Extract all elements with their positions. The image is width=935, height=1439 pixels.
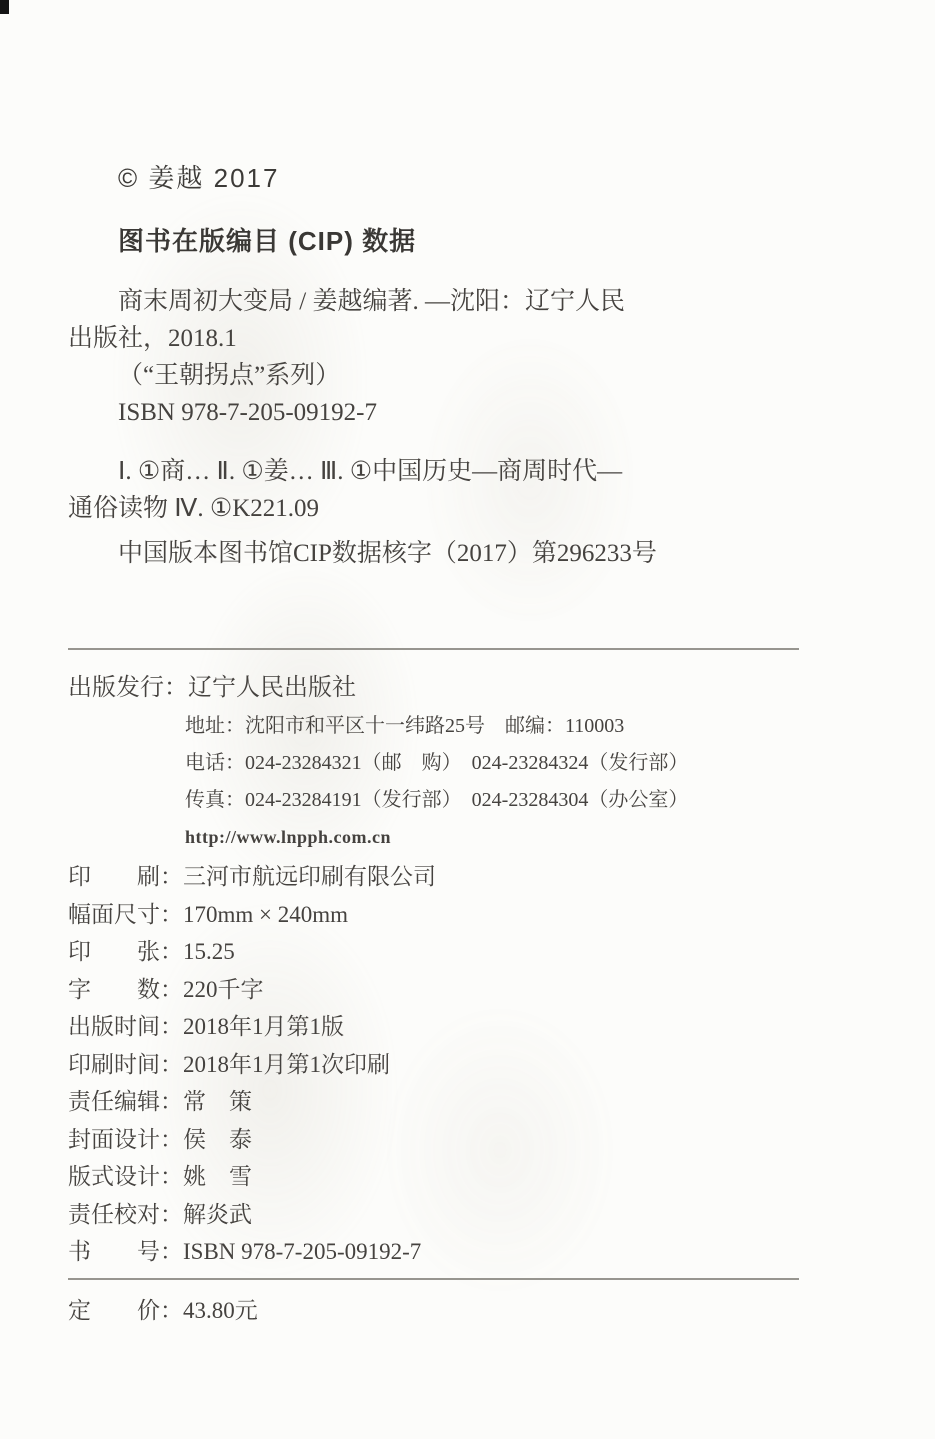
publisher-row: 出版发行：辽宁人民出版社 [68,669,810,708]
cip-classification-line2: 通俗读物 Ⅳ. ①K221.09 [68,490,810,527]
price-label: 定 价： [68,1298,183,1323]
book-number-value: ISBN 978-7-205-09192-7 [183,1239,421,1264]
print-date-label: 印刷时间： [68,1052,183,1077]
printer-label: 印 刷： [68,864,183,889]
publisher-fax: 传真：024-23284191（发行部） 024-23284304（办公室） [185,782,810,819]
book-number-label: 书 号： [68,1239,183,1264]
layout-design-value: 姚 雪 [183,1164,252,1189]
publisher-phone: 电话：024-23284321（邮 购） 024-23284324（发行部） [185,745,810,782]
copyright-notice: © 姜越 2017 [68,158,810,195]
publish-date-label: 出版时间： [68,1014,183,1039]
trim-size-row: 幅面尺寸：170mm × 240mm [68,896,810,934]
editor-row: 责任编辑：常 策 [68,1083,810,1121]
trim-size-value: 170mm × 240mm [183,902,348,927]
cip-classification: Ⅰ. ①商… Ⅱ. ①姜… Ⅲ. ①中国历史—商周时代— 通俗读物 Ⅳ. ①K2… [68,453,810,527]
proofreader-row: 责任校对：解炎武 [68,1196,810,1234]
cover-design-value: 侯 泰 [183,1127,252,1152]
word-count-row: 字 数：220千字 [68,971,810,1009]
colophon-rows: 印 刷：三河市航远印刷有限公司 幅面尺寸：170mm × 240mm 印 张：1… [68,858,810,1271]
proofreader-value: 解炎武 [183,1202,252,1227]
cip-data-heading: 图书在版编目 (CIP) 数据 [68,221,810,258]
page-content: © 姜越 2017 图书在版编目 (CIP) 数据 商末周初大变局 / 姜越编著… [68,0,810,1330]
cover-design-row: 封面设计：侯 泰 [68,1121,810,1159]
cip-registry-number: 中国版本图书馆CIP数据核字（2017）第296233号 [68,535,810,572]
cip-record-series-line: （“王朝拐点”系列） [68,357,810,394]
scan-artifact-corner [0,0,9,14]
book-number-row: 书 号：ISBN 978-7-205-09192-7 [68,1233,810,1271]
layout-design-label: 版式设计： [68,1164,183,1189]
publisher-website: http://www.lnpph.com.cn [185,819,810,856]
print-date-row: 印刷时间：2018年1月第1次印刷 [68,1046,810,1084]
publisher-address: 地址：沈阳市和平区十一纬路25号 邮编：110003 [185,708,810,745]
divider-top [68,648,799,650]
proofreader-label: 责任校对： [68,1202,183,1227]
editor-label: 责任编辑： [68,1089,183,1114]
printer-value: 三河市航远印刷有限公司 [183,864,436,889]
cip-record: 商末周初大变局 / 姜越编著. —沈阳：辽宁人民 出版社，2018.1 （“王朝… [68,283,810,431]
word-count-label: 字 数： [68,977,183,1002]
word-count-value: 220千字 [183,977,264,1002]
publisher-label: 出版发行： [68,675,188,701]
cover-design-label: 封面设计： [68,1127,183,1152]
print-date-value: 2018年1月第1次印刷 [183,1052,390,1077]
book-copyright-page: © 姜越 2017 图书在版编目 (CIP) 数据 商末周初大变局 / 姜越编著… [0,0,935,1439]
cip-record-publisher-line: 出版社，2018.1 [68,320,810,357]
publish-date-value: 2018年1月第1版 [183,1014,344,1039]
cip-record-title-line: 商末周初大变局 / 姜越编著. —沈阳：辽宁人民 [68,283,810,320]
divider-bottom [68,1278,799,1280]
sheets-row: 印 张：15.25 [68,933,810,971]
layout-design-row: 版式设计：姚 雪 [68,1158,810,1196]
sheets-value: 15.25 [183,939,235,964]
colophon: 出版发行：辽宁人民出版社 地址：沈阳市和平区十一纬路25号 邮编：110003 … [68,669,810,1330]
price-row: 定 价：43.80元 [68,1292,810,1330]
editor-value: 常 策 [183,1089,252,1114]
price-value: 43.80元 [183,1298,258,1323]
publish-date-row: 出版时间：2018年1月第1版 [68,1008,810,1046]
printer-row: 印 刷：三河市航远印刷有限公司 [68,858,810,896]
publisher-contact-block: 地址：沈阳市和平区十一纬路25号 邮编：110003 电话：024-232843… [68,708,810,856]
trim-size-label: 幅面尺寸： [68,902,183,927]
publisher-value: 辽宁人民出版社 [188,675,356,701]
sheets-label: 印 张： [68,939,183,964]
cip-classification-line1: Ⅰ. ①商… Ⅱ. ①姜… Ⅲ. ①中国历史—商周时代— [68,453,810,490]
cip-record-isbn-line: ISBN 978-7-205-09192-7 [68,394,810,431]
